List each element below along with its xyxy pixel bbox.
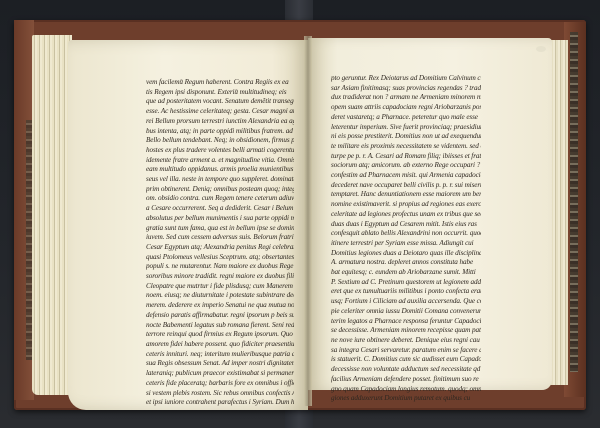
- manuscript-line: idemente fratre arment a. et magnitudine…: [146, 156, 294, 166]
- manuscript-line: Cesar Egyptum atq; Alexandria penitus Re…: [146, 243, 294, 253]
- manuscript-line: dux tradiderat non ? armam ne Armeniam m…: [331, 93, 481, 103]
- manuscript-line: decederet nave occuparet belli civilis p…: [331, 181, 481, 191]
- manuscript-line: facilius Armeniam defendere posset. fini…: [331, 375, 481, 385]
- manuscript-line: itinere terrestri per Syriam esse missa.…: [331, 239, 481, 249]
- manuscript-line: bat equitesq; c. eundem ab Ariobarzane s…: [331, 268, 481, 278]
- manuscript-line: gno quam Capadociam longius remotum. quo…: [331, 385, 481, 395]
- manuscript-line: confestim ad Pharnacem misit. qui Armeni…: [331, 171, 481, 181]
- manuscript-line: nomine existimaverit. si propius ad regi…: [331, 200, 481, 210]
- manuscript-line: bus intenta, atq; in parte oppidi militi…: [146, 127, 294, 137]
- manuscript-line: merem. dederere ex imperio Senatui ne qu…: [146, 301, 294, 311]
- manuscript-line: duas duas i Egyptum ad Cesarem mitit. Is…: [331, 220, 481, 230]
- manuscript-line: pie celeriter omnia iussu Domitii Comana…: [331, 307, 481, 317]
- manuscript-line: sociorum atq; amicorum. ab externo Rege …: [331, 161, 481, 171]
- manuscript-line: Bello bellum tendebant. Neq; in obsidion…: [146, 136, 294, 146]
- manuscript-line: et ipsi iuniore contrahent parafectus i …: [146, 398, 294, 408]
- manuscript-line: terrore reinqui quod firmius ex Regum ip…: [146, 330, 294, 340]
- manuscript-line: nocte Babementi legatus sub romana fiere…: [146, 321, 294, 331]
- manuscript-line: terim legatos a Pharnace responsa ferunt…: [331, 317, 481, 327]
- manuscript-line: sororibus minore tradidit. regni maiore …: [146, 272, 294, 282]
- manuscript-line: lateraniq; publicum praecor existimabat …: [146, 369, 294, 379]
- manuscript-line: rei Bellum prorsum terrestri iunctim Ale…: [146, 117, 294, 127]
- manuscript-line: sa integra Cesari servaretur. paratum en…: [331, 346, 481, 356]
- manuscript-line: eam multitudo oppidanus. armis proelia m…: [146, 165, 294, 175]
- manuscript-line: A. armatura nostra. depleret annos const…: [331, 258, 481, 268]
- manuscript-line: Cleopatre que mutrtur i fide plisdusq; c…: [146, 282, 294, 292]
- manuscript-line: a Cesare occurrerent. Seq a dediderit. C…: [146, 204, 294, 214]
- manuscript-line: noem. eiusq; ne diuturnitate i potestate…: [146, 291, 294, 301]
- manuscript-line: Domitius legiones duas a Deiotaro quas i…: [331, 249, 481, 259]
- manuscript-line: esse. Ac hestissime celeritateq; gesta. …: [146, 107, 294, 117]
- manuscript-line: opem suam attriis capadociam regni Ariob…: [331, 103, 481, 113]
- manuscript-line: populi s. ne mutarentur. Nam maiore ex d…: [146, 262, 294, 272]
- manuscript-line: om. obsidio contra. cum Regem tenere cet…: [146, 194, 294, 204]
- manuscript-line: si vestem plebis rostem. Sic rebus omnib…: [146, 389, 294, 399]
- manuscript-line: ceteris fide placeratq; barbaris fore ex…: [146, 379, 294, 389]
- manuscript-line: te militare eis proximis necessitatem se…: [331, 142, 481, 152]
- right-page-text: pto geruntur. Rex Deiotarus ad Domitium …: [331, 74, 481, 404]
- manuscript-line: tis Regem ipsi disponunt. Exteriu͂ multi…: [146, 88, 294, 98]
- manuscript-line: sar Asiam finitimasq; suas provincias re…: [331, 84, 481, 94]
- manuscript-line: ne nove iure obtinere deberet. Denique e…: [331, 336, 481, 346]
- manuscript-line: temptaret. Hanc denuntiationem esse maio…: [331, 190, 481, 200]
- manuscript-line: decessisse non voluntate adductum sed ne…: [331, 365, 481, 375]
- manuscript-line: celeritate ad legiones profectus unam ex…: [331, 210, 481, 220]
- manuscript-line: pto geruntur. Rex Deiotarus ad Domitium …: [331, 74, 481, 84]
- manuscript-line: P. Sextium ad C. Pretinum questorem ut l…: [331, 278, 481, 288]
- manuscript-line: ceteris innituri. neq; interitum mulieri…: [146, 350, 294, 360]
- manuscript-line: iuvem. Sed cum cessem adversus suis. Bel…: [146, 233, 294, 243]
- manuscript-line: que ad posteritatem vocant. Senatum deme…: [146, 97, 294, 107]
- manuscript-line: seus vel illa. neste in tempore quo supp…: [146, 175, 294, 185]
- manuscript-line: ni eis posse prestiterit. Domitius non u…: [331, 132, 481, 142]
- manuscript-line: sua Regis obsessum Senat. Ad imper nostr…: [146, 359, 294, 369]
- gutter: [304, 36, 312, 406]
- manuscript-line: prim obtinerent. Deniq; omnibus posteam …: [146, 185, 294, 195]
- page-block-left: [32, 35, 72, 395]
- manuscript-line: usq; Fortium i Ciliciam ad auxilia accer…: [331, 297, 481, 307]
- manuscript-line: hostes ex plus tradere volentes belli ar…: [146, 146, 294, 156]
- manuscript-line: giones adduxerunt Domitium putaret ex qu…: [331, 394, 481, 404]
- left-page-text: vem facilemu͂ Regum haberent. Contra Reg…: [146, 78, 294, 408]
- manuscript-line: turpe pe p. r. A. Cesari ad Romam filiq;…: [331, 152, 481, 162]
- manuscript-line: amorem fidei habere possent. quo fidicit…: [146, 340, 294, 350]
- manuscript-line: leterentur imperium. Sive fuerit provinc…: [331, 123, 481, 133]
- manuscript-line: is statuerit. C. Domitius cum sic audiss…: [331, 355, 481, 365]
- manuscript-line: vem facilemu͂ Regum haberent. Contra Reg…: [146, 78, 294, 88]
- manuscript-line: se decessisse. Armeniam minorem recepiss…: [331, 326, 481, 336]
- marbled-edge-right: [570, 32, 578, 372]
- manuscript-line: absolutus per bellum munimentis i sua pa…: [146, 214, 294, 224]
- manuscript-line: eret que ex tumultuariis militibus i pon…: [331, 287, 481, 297]
- manuscript-line: gratia sunt tum fama, qua est in bellum …: [146, 224, 294, 234]
- manuscript-line: quasi Ptolomeus vellesius Sceptrum. atq;…: [146, 253, 294, 263]
- manuscript-line: confesquit ablato bellis Alexandrini non…: [331, 229, 481, 239]
- manuscript-line: deret vastaretq; a Pharnace. peteretur q…: [331, 113, 481, 123]
- folio-mark: [536, 46, 546, 52]
- manuscript-line: defensio paratis affirmabatur. regni ips…: [146, 311, 294, 321]
